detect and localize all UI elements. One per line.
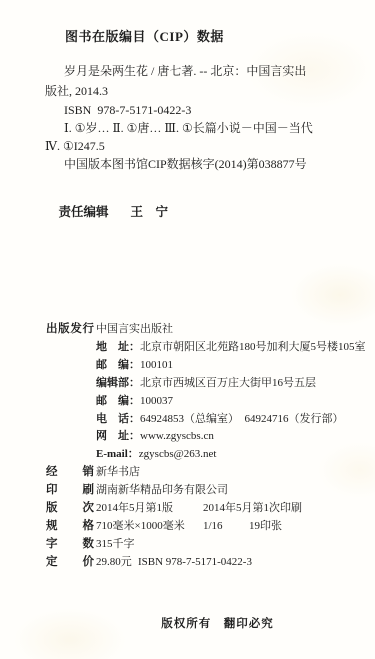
distribution-value: 新华书店 xyxy=(96,464,140,482)
copyright-notice: 版权所有 翻印必究 xyxy=(0,615,375,631)
phone-row: 电 话：64924853（总编室） 64924716（发行部） xyxy=(46,411,369,429)
website-row: 网 址：www.zgyscbs.cn xyxy=(46,428,369,446)
format-row: 规格 710毫米×1000毫米1/1619印张 xyxy=(46,518,369,536)
zip2-spacer xyxy=(46,393,94,411)
cip-title-line-1: 岁月是朵两生花 / 唐七著. -- 北京：中国言实出 xyxy=(64,61,363,81)
editorial-dept-value: 北京市西城区百万庄大街甲16号五层 xyxy=(140,377,316,389)
price-label: 定价 xyxy=(46,554,94,572)
zip2-value: 100037 xyxy=(140,395,173,407)
zip1-value: 100101 xyxy=(140,359,173,371)
publisher-row: 出版发行 中国言实出版社 xyxy=(46,321,369,339)
edition-label: 版次 xyxy=(46,500,94,518)
zip1-label: 邮 编： xyxy=(96,359,140,371)
cip-isbn-line: ISBN 978-7-5171-0422-3 xyxy=(64,101,363,119)
format-label: 规格 xyxy=(46,518,94,536)
edition-row: 版次 2014年5月第1版2014年5月第1次印刷 xyxy=(46,500,369,518)
website-value: www.zgyscbs.cn xyxy=(140,430,214,442)
publisher-label: 出版发行 xyxy=(46,321,94,339)
editorial-dept-label: 编辑部： xyxy=(96,377,140,389)
phone-label: 电 话： xyxy=(96,413,140,425)
word-count-row: 字数 315千字 xyxy=(46,536,369,554)
distribution-label: 经销 xyxy=(46,464,94,482)
printing-row: 印刷 湖南新华精品印务有限公司 xyxy=(46,482,369,500)
website-spacer xyxy=(46,428,94,446)
copyright-page: 图书在版编目（CIP）数据 岁月是朵两生花 / 唐七著. -- 北京：中国言实出… xyxy=(0,0,375,659)
edition-value: 2014年5月第1版 xyxy=(96,500,203,518)
word-count-value: 315千字 xyxy=(96,536,135,554)
zip1-row: 邮 编：100101 xyxy=(46,357,369,375)
cip-classification-line-1: Ⅰ. ①岁… Ⅱ. ①唐… Ⅲ. ①长篇小说－中国－当代 xyxy=(64,119,363,137)
cip-classification-line-2: Ⅳ. ①I247.5 xyxy=(45,137,363,155)
format-folio-value: 1/16 xyxy=(203,518,249,536)
cip-section: 图书在版编目（CIP）数据 岁月是朵两生花 / 唐七著. -- 北京：中国言实出… xyxy=(45,28,363,173)
responsible-editor-label: 责任编辑 xyxy=(59,205,109,219)
zip2-label: 邮 编： xyxy=(96,395,140,407)
address-value: 北京市朝阳区北苑路180号加利大厦5号楼105室 xyxy=(140,341,366,353)
cip-title-line-2: 版社, 2014.3 xyxy=(45,81,363,101)
format-size-value: 710毫米×1000毫米 xyxy=(96,518,203,536)
address-label: 地 址： xyxy=(96,341,140,353)
responsible-editor-name: 王 宁 xyxy=(131,205,169,219)
responsible-editor-line: 责任编辑王 宁 xyxy=(46,187,168,235)
price-row: 定价 29.80元ISBN 978-7-5171-0422-3 xyxy=(46,554,369,572)
printing-value: 湖南新华精品印务有限公司 xyxy=(96,482,228,500)
cip-heading: 图书在版编目（CIP）数据 xyxy=(65,28,363,45)
colophon-section: 出版发行 中国言实出版社 地 址：北京市朝阳区北苑路180号加利大厦5号楼105… xyxy=(46,321,369,572)
word-count-label: 字数 xyxy=(46,536,94,554)
publisher-value: 中国言实出版社 xyxy=(96,321,173,339)
address-spacer xyxy=(46,339,94,357)
printing-label: 印刷 xyxy=(46,482,94,500)
phone-value: 64924853（总编室） 64924716（发行部） xyxy=(140,413,344,425)
address-row: 地 址：北京市朝阳区北苑路180号加利大厦5号楼105室 xyxy=(46,339,369,357)
email-row: E-mail：zgyscbs@263.net xyxy=(46,446,369,464)
email-spacer xyxy=(46,446,94,464)
price-value: 29.80元 xyxy=(96,554,138,572)
format-sheets-value: 19印张 xyxy=(249,520,282,532)
zip1-spacer xyxy=(46,357,94,375)
email-value: zgyscbs@263.net xyxy=(139,448,217,460)
cip-record-number-line: 中国版本图书馆CIP数据核字(2014)第038877号 xyxy=(64,155,363,173)
website-label: 网 址： xyxy=(96,430,140,442)
price-isbn-value: ISBN 978-7-5171-0422-3 xyxy=(138,556,252,568)
editorial-spacer xyxy=(46,375,94,393)
phone-spacer xyxy=(46,411,94,429)
zip2-row: 邮 编：100037 xyxy=(46,393,369,411)
editorial-dept-row: 编辑部：北京市西城区百万庄大街甲16号五层 xyxy=(46,375,369,393)
email-label: E-mail： xyxy=(96,448,139,460)
printing-run-value: 2014年5月第1次印刷 xyxy=(203,502,302,514)
distribution-row: 经销 新华书店 xyxy=(46,464,369,482)
